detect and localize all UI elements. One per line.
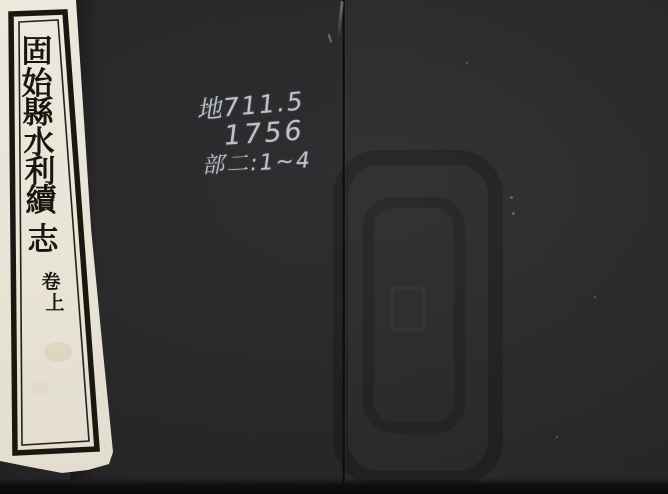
title-char-7: 志 [28,222,60,258]
dust-speck [512,212,515,215]
dust-speck [556,436,558,438]
dust-speck [510,196,513,199]
embossed-medallion-core [390,286,426,332]
volume-char-2: 上 [45,291,64,314]
spine-crease [342,0,346,494]
book-cover-photo: 固 始 縣 水 利 續 志 卷 上 地711.5 1756 部二:1~4 [0,0,668,494]
book-bottom-edge-shadow [0,478,668,494]
handwritten-call-number-line3: 部二:1~4 [201,143,312,180]
title-char-6: 續 [26,183,59,219]
paper-stain [31,382,49,394]
dust-speck [594,296,596,298]
title-char-1: 固 [22,34,53,70]
volume-char-1: 卷 [41,270,60,293]
paper-stain [44,342,72,362]
title-label: 固 始 縣 水 利 續 志 卷 上 [0,0,130,480]
dust-speck [466,62,468,64]
